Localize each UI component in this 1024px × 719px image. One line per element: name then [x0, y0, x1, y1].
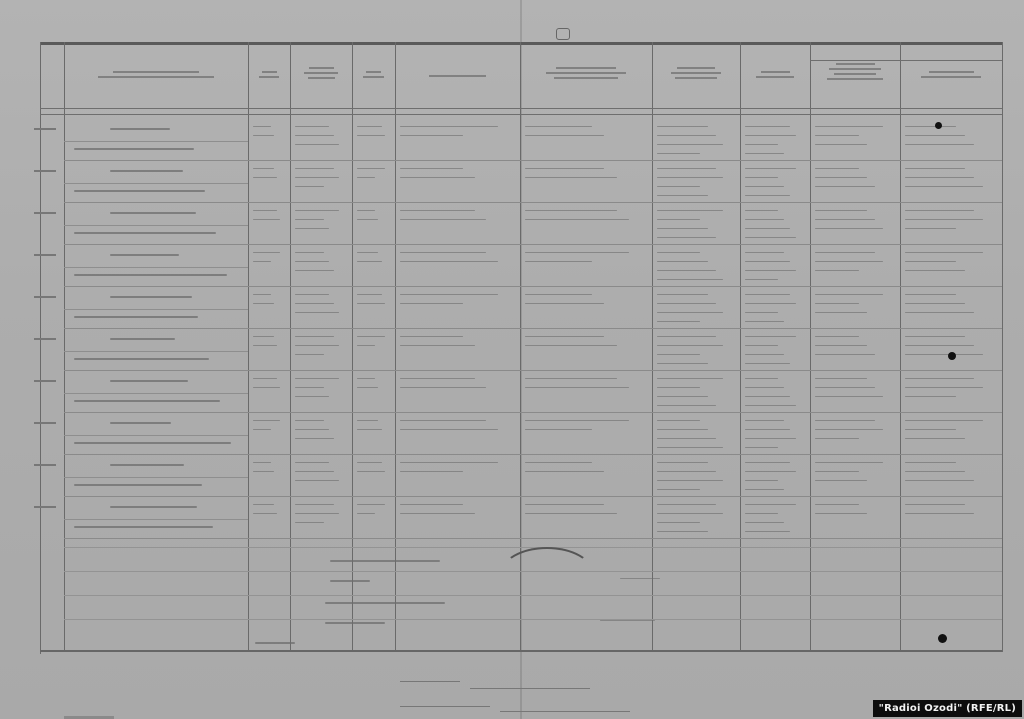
handwritten-entry	[400, 303, 463, 304]
handwritten-surname	[110, 380, 188, 382]
name-subrule	[64, 519, 248, 520]
handwritten-entry	[357, 504, 385, 505]
handwritten-entry	[815, 312, 867, 313]
handwritten-entry	[657, 177, 723, 178]
handwritten-entry	[905, 168, 965, 169]
handwritten-entry	[657, 471, 716, 472]
handwritten-entry	[815, 219, 875, 220]
handwritten-entry	[657, 462, 708, 463]
handwritten-entry	[400, 294, 498, 295]
handwritten-entry	[657, 405, 716, 406]
handwritten-entry	[295, 177, 339, 178]
handwritten-entry	[905, 387, 983, 388]
handwritten-entry	[400, 252, 486, 253]
handwritten-given-names	[74, 442, 231, 444]
handwritten-entry	[357, 462, 382, 463]
handwritten-entry	[745, 237, 796, 238]
handwritten-entry	[253, 429, 271, 430]
handwritten-entry	[400, 168, 463, 169]
handwritten-entry	[657, 261, 708, 262]
handwritten-entry	[905, 210, 974, 211]
handwritten-entry	[745, 438, 796, 439]
handwritten-given-names	[74, 148, 194, 150]
handwritten-entry	[745, 513, 778, 514]
handwritten-entry	[525, 378, 617, 379]
handwritten-entry	[295, 387, 324, 388]
handwritten-entry	[745, 405, 796, 406]
handwritten-entry	[525, 504, 604, 505]
handwritten-entry	[525, 219, 629, 220]
handwritten-entry	[357, 378, 375, 379]
signature-text	[325, 622, 385, 624]
handwritten-entry	[815, 480, 867, 481]
name-subrule	[64, 225, 248, 226]
handwritten-surname	[110, 506, 197, 508]
handwritten-entry	[253, 504, 274, 505]
handwritten-entry	[295, 144, 339, 145]
handwritten-entry	[905, 177, 974, 178]
handwritten-entry	[253, 462, 271, 463]
handwritten-entry	[357, 126, 382, 127]
handwritten-entry	[745, 396, 790, 397]
handwritten-entry	[745, 228, 790, 229]
handwritten-entry	[657, 303, 716, 304]
register-table	[40, 42, 1002, 654]
handwritten-entry	[657, 489, 700, 490]
signature-text	[255, 642, 295, 644]
handwritten-entry	[745, 210, 778, 211]
handwritten-entry	[657, 336, 716, 337]
handwritten-entry	[815, 378, 867, 379]
handwritten-entry	[745, 312, 778, 313]
handwritten-entry	[400, 210, 475, 211]
handwritten-entry	[657, 312, 723, 313]
handwritten-entry	[400, 135, 463, 136]
column-divider	[810, 42, 811, 652]
handwritten-entry	[253, 168, 274, 169]
handwritten-entry	[745, 261, 790, 262]
handwritten-entry	[357, 303, 385, 304]
handwritten-entry	[905, 354, 983, 355]
row-rule	[64, 454, 1002, 455]
handwritten-entry	[657, 522, 700, 523]
handwritten-entry	[295, 303, 334, 304]
handwritten-entry	[357, 294, 382, 295]
name-subrule	[64, 351, 248, 352]
column-header	[746, 68, 804, 81]
page-mark	[556, 28, 570, 40]
handwritten-entry	[525, 177, 617, 178]
handwritten-entry	[253, 126, 271, 127]
handwritten-entry	[525, 294, 592, 295]
handwritten-entry	[745, 294, 790, 295]
handwritten-entry	[745, 321, 784, 322]
watermark: "Radioi Ozodi" (RFE/RL)	[873, 700, 1022, 717]
handwritten-entry	[745, 126, 790, 127]
handwritten-entry	[657, 186, 700, 187]
handwritten-entry	[295, 522, 324, 523]
column-header	[358, 68, 389, 81]
table-bottom-rule	[40, 650, 1002, 652]
handwritten-entry	[400, 513, 475, 514]
handwritten-entry	[657, 270, 716, 271]
handwritten-entry	[815, 126, 883, 127]
handwritten-entry	[525, 126, 592, 127]
handwritten-entry	[815, 438, 859, 439]
handwritten-given-names	[74, 232, 216, 234]
name-subrule	[64, 141, 248, 142]
name-subrule	[64, 393, 248, 394]
handwritten-entry	[357, 345, 375, 346]
handwritten-entry	[357, 210, 375, 211]
name-subrule	[64, 267, 248, 268]
handwritten-entry	[815, 513, 867, 514]
header-rule	[40, 114, 1002, 115]
handwritten-entry	[745, 168, 796, 169]
handwritten-entry	[657, 144, 723, 145]
handwritten-entry	[357, 420, 378, 421]
handwritten-entry	[745, 144, 778, 145]
row-number	[34, 338, 56, 340]
handwritten-entry	[295, 252, 324, 253]
handwritten-given-names	[74, 274, 227, 276]
handwritten-entry	[253, 294, 271, 295]
handwritten-entry	[253, 471, 274, 472]
handwritten-entry	[400, 462, 498, 463]
handwritten-entry	[905, 270, 965, 271]
handwritten-entry	[745, 279, 778, 280]
handwritten-entry	[525, 303, 604, 304]
handwritten-entry	[357, 261, 382, 262]
handwritten-entry	[525, 168, 604, 169]
handwritten-entry	[815, 336, 859, 337]
handwritten-given-names	[74, 400, 220, 402]
handwritten-entry	[400, 378, 475, 379]
handwritten-entry	[295, 336, 334, 337]
footer-field	[400, 681, 460, 682]
handwritten-entry	[745, 462, 790, 463]
handwritten-entry	[905, 294, 956, 295]
handwritten-entry	[745, 447, 778, 448]
handwritten-entry	[657, 387, 700, 388]
handwritten-entry	[745, 480, 778, 481]
row-rule	[64, 412, 1002, 413]
column-header	[816, 60, 894, 83]
handwritten-entry	[253, 345, 277, 346]
handwritten-entry	[400, 336, 463, 337]
row-number	[34, 212, 56, 214]
handwritten-entry	[815, 504, 859, 505]
handwritten-surname	[110, 212, 196, 214]
row-number	[34, 128, 56, 130]
handwritten-entry	[525, 345, 617, 346]
handwritten-entry	[745, 303, 796, 304]
scanned-document: "Radioi Ozodi" (RFE/RL)	[0, 0, 1024, 719]
handwritten-entry	[745, 270, 796, 271]
handwritten-entry	[657, 396, 708, 397]
handwritten-entry	[400, 471, 463, 472]
handwritten-entry	[815, 168, 859, 169]
handwritten-entry	[253, 261, 271, 262]
handwritten-entry	[745, 219, 784, 220]
handwritten-entry	[905, 186, 983, 187]
handwritten-entry	[815, 387, 875, 388]
handwritten-entry	[657, 420, 700, 421]
handwritten-entry	[357, 336, 385, 337]
handwritten-entry	[295, 420, 324, 421]
handwritten-given-names	[74, 526, 213, 528]
handwritten-entry	[295, 270, 334, 271]
handwritten-entry	[815, 303, 859, 304]
handwritten-entry	[295, 345, 339, 346]
handwritten-entry	[295, 429, 329, 430]
handwritten-entry	[657, 210, 723, 211]
handwritten-entry	[905, 252, 983, 253]
column-divider	[1002, 42, 1003, 652]
handwritten-entry	[525, 420, 629, 421]
handwritten-entry	[815, 261, 883, 262]
handwritten-entry	[657, 438, 716, 439]
handwritten-entry	[657, 378, 723, 379]
handwritten-entry	[295, 462, 329, 463]
handwritten-surname	[110, 296, 192, 298]
handwritten-entry	[905, 429, 956, 430]
handwritten-entry	[905, 504, 965, 505]
handwritten-entry	[657, 219, 700, 220]
handwritten-entry	[905, 462, 956, 463]
blank-row-rule	[64, 619, 1002, 620]
handwritten-entry	[400, 420, 486, 421]
handwritten-surname	[110, 254, 179, 256]
column-header	[401, 72, 514, 80]
handwritten-entry	[253, 513, 277, 514]
handwritten-entry	[815, 429, 883, 430]
handwritten-entry	[657, 531, 708, 532]
handwritten-entry	[657, 354, 700, 355]
column-divider	[740, 42, 741, 652]
footer-field	[400, 706, 490, 707]
handwritten-entry	[905, 513, 974, 514]
signature-text	[330, 580, 370, 582]
handwritten-given-names	[74, 190, 205, 192]
row-rule	[64, 202, 1002, 203]
handwritten-entry	[745, 471, 796, 472]
column-divider	[900, 42, 901, 652]
handwritten-entry	[745, 153, 784, 154]
signature-scrawl	[500, 547, 594, 601]
column-divider	[248, 42, 249, 652]
handwritten-entry	[745, 336, 796, 337]
name-subrule	[64, 309, 248, 310]
row-number	[34, 170, 56, 172]
row-number	[34, 254, 56, 256]
handwritten-entry	[253, 219, 280, 220]
handwritten-entry	[295, 228, 329, 229]
handwritten-entry	[400, 429, 498, 430]
handwritten-entry	[745, 363, 790, 364]
handwritten-entry	[400, 219, 486, 220]
name-subrule	[64, 477, 248, 478]
handwritten-entry	[657, 228, 708, 229]
handwritten-entry	[400, 261, 498, 262]
signature-caption	[620, 578, 660, 579]
handwritten-entry	[357, 387, 378, 388]
column-divider	[652, 42, 653, 652]
handwritten-entry	[295, 219, 324, 220]
handwritten-entry	[253, 177, 277, 178]
row-number	[34, 464, 56, 466]
handwritten-entry	[657, 363, 708, 364]
handwritten-entry	[905, 126, 956, 127]
handwritten-entry	[400, 177, 475, 178]
column-divider	[40, 42, 41, 654]
handwritten-entry	[295, 396, 329, 397]
handwritten-entry	[525, 513, 617, 514]
handwritten-entry	[745, 186, 784, 187]
column-header	[254, 68, 284, 81]
handwritten-entry	[253, 135, 274, 136]
handwritten-entry	[295, 513, 339, 514]
column-divider	[64, 42, 65, 652]
handwritten-entry	[657, 321, 700, 322]
handwritten-entry	[745, 135, 796, 136]
handwritten-entry	[295, 210, 339, 211]
handwritten-entry	[815, 135, 859, 136]
handwritten-entry	[295, 126, 329, 127]
handwritten-entry	[745, 354, 784, 355]
handwritten-entry	[657, 429, 708, 430]
handwritten-entry	[657, 135, 716, 136]
handwritten-entry	[815, 354, 875, 355]
handwritten-entry	[295, 294, 329, 295]
handwritten-entry	[745, 387, 784, 388]
handwritten-entry	[400, 504, 463, 505]
handwritten-entry	[905, 345, 974, 346]
name-subrule	[64, 183, 248, 184]
handwritten-surname	[110, 128, 170, 130]
handwritten-entry	[295, 438, 334, 439]
handwritten-entry	[295, 480, 339, 481]
handwritten-entry	[295, 504, 334, 505]
handwritten-entry	[815, 228, 883, 229]
handwritten-entry	[745, 504, 796, 505]
row-rule	[64, 244, 1002, 245]
handwritten-entry	[295, 135, 334, 136]
handwritten-entry	[525, 471, 604, 472]
handwritten-entry	[905, 312, 974, 313]
handwritten-entry	[295, 261, 329, 262]
handwritten-entry	[253, 420, 280, 421]
signature-text	[330, 560, 440, 562]
handwritten-entry	[657, 195, 708, 196]
column-header	[658, 64, 734, 82]
handwritten-entry	[253, 378, 277, 379]
handwritten-entry	[295, 354, 324, 355]
handwritten-entry	[525, 210, 617, 211]
ink-blot	[935, 122, 942, 129]
handwritten-surname	[110, 464, 184, 466]
handwritten-entry	[657, 252, 700, 253]
handwritten-entry	[815, 144, 867, 145]
column-divider	[290, 42, 291, 652]
handwritten-entry	[905, 219, 983, 220]
row-rule	[64, 538, 1002, 539]
handwritten-surname	[110, 170, 183, 172]
name-subrule	[64, 435, 248, 436]
handwritten-entry	[905, 336, 965, 337]
handwritten-entry	[815, 210, 867, 211]
row-number	[34, 296, 56, 298]
handwritten-entry	[525, 252, 629, 253]
handwritten-entry	[745, 195, 790, 196]
handwritten-entry	[253, 336, 274, 337]
handwritten-entry	[253, 210, 277, 211]
handwritten-entry	[815, 270, 859, 271]
row-rule	[64, 286, 1002, 287]
row-number	[34, 506, 56, 508]
handwritten-entry	[400, 126, 498, 127]
handwritten-entry	[295, 378, 339, 379]
handwritten-entry	[357, 177, 375, 178]
handwritten-entry	[745, 420, 784, 421]
handwritten-entry	[745, 378, 778, 379]
handwritten-entry	[357, 219, 378, 220]
handwritten-entry	[815, 345, 867, 346]
handwritten-entry	[905, 135, 965, 136]
handwritten-given-names	[74, 484, 202, 486]
footer-field	[470, 688, 590, 689]
handwritten-entry	[295, 312, 339, 313]
handwritten-entry	[905, 471, 965, 472]
handwritten-entry	[745, 345, 778, 346]
handwritten-entry	[657, 153, 700, 154]
header-rule	[40, 108, 1002, 109]
handwritten-surname	[110, 338, 175, 340]
handwritten-entry	[657, 504, 716, 505]
signature-text	[325, 602, 445, 604]
table-top-rule	[40, 42, 1002, 45]
handwritten-entry	[815, 471, 859, 472]
handwritten-entry	[400, 345, 475, 346]
handwritten-entry	[253, 303, 274, 304]
handwritten-entry	[657, 168, 716, 169]
row-rule	[64, 160, 1002, 161]
handwritten-entry	[905, 144, 974, 145]
footer-field	[500, 711, 630, 712]
ink-blot	[938, 634, 947, 643]
signature-caption	[600, 620, 655, 621]
handwritten-entry	[657, 447, 723, 448]
handwritten-entry	[657, 345, 723, 346]
row-rule	[64, 328, 1002, 329]
handwritten-entry	[905, 228, 956, 229]
handwritten-entry	[745, 252, 784, 253]
row-rule	[64, 496, 1002, 497]
column-header	[526, 64, 646, 82]
handwritten-entry	[745, 489, 784, 490]
handwritten-entry	[905, 480, 974, 481]
handwritten-entry	[745, 177, 778, 178]
handwritten-entry	[357, 168, 385, 169]
handwritten-entry	[815, 252, 875, 253]
handwritten-entry	[815, 396, 883, 397]
handwritten-given-names	[74, 358, 209, 360]
handwritten-entry	[525, 387, 629, 388]
handwritten-entry	[815, 177, 867, 178]
handwritten-entry	[745, 522, 784, 523]
handwritten-entry	[357, 252, 378, 253]
handwritten-entry	[905, 261, 956, 262]
